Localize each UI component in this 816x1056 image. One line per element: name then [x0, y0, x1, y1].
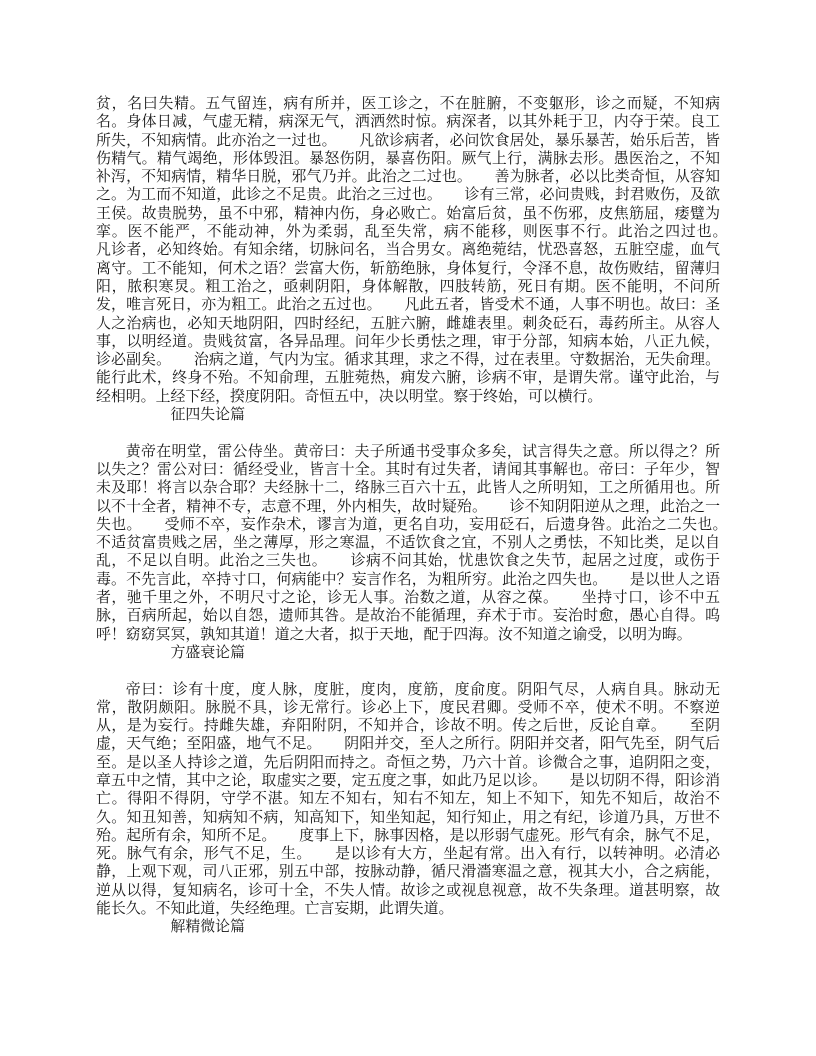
body-paragraph: 黄帝在明堂，雷公侍坐。黄帝曰：夫子所通书受事众多矣，试言得失之意。所以得之？所以… [96, 443, 720, 644]
body-paragraph: 贫，名曰失精。五气留连，病有所并，医工诊之，不在脏腑，不变躯形，诊之而疑，不知病… [96, 95, 720, 406]
section-title: 解精微论篇 [96, 918, 720, 936]
section-title: 方盛衰论篇 [96, 644, 720, 662]
body-paragraph: 帝曰：诊有十度，度人脉，度脏，度肉，度筋，度俞度。阴阳气尽，人病自具。脉动无常，… [96, 681, 720, 919]
section-title: 征四失论篇 [96, 406, 720, 424]
document-page: 贫，名曰失精。五气留连，病有所并，医工诊之，不在脏腑，不变躯形，诊之而疑，不知病… [0, 0, 816, 1056]
document-text-area: 贫，名曰失精。五气留连，病有所并，医工诊之，不在脏腑，不变躯形，诊之而疑，不知病… [96, 95, 720, 937]
